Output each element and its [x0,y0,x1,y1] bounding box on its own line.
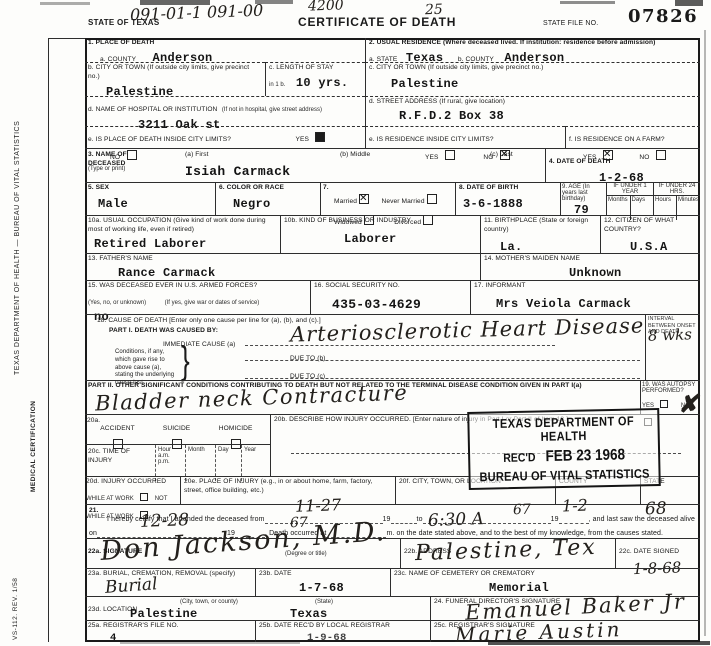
cemetery-value: Memorial [489,581,697,595]
month-label: Month [188,447,218,453]
location-state-sub-label: (State) [315,599,333,605]
social-security-label: 16. SOCIAL SECURITY NO. [314,282,467,291]
date-recd-label: 25b. DATE REC'D BY LOCAL REGISTRAR [259,622,427,631]
business-industry-value: Laborer [344,232,477,246]
length-of-stay-label: c. LENGTH OF STAY [269,64,362,73]
date-of-birth-value: 3-6-1888 [463,197,557,211]
field-burial-type: 23a. BURIAL, CREMATION, REMOVAL (specify… [85,568,255,596]
field-age: 9. AGE (In years last birthday) 79 [560,182,606,215]
part2-label: PART II. OTHER SIGNIFICANT CONDITIONS CO… [88,382,637,391]
field-business-industry: 10b. KIND OF BUSINESS OR INDUSTRY Labore… [280,215,480,253]
date-recd-value: 1-9-68 [307,632,427,644]
no-label: NO [681,403,690,409]
scan-artifact [140,0,210,5]
form-code-vertical-label: VS-112. REV. 1/58 [12,552,19,640]
field-residence-farm: f. IS RESIDENCE ON A FARM? YES NO [565,126,700,148]
usual-residence-label: 2. USUAL RESIDENCE (Where deceased lived… [369,39,697,48]
certify-19-c: 19 [227,530,235,537]
stamp-agency-line: TEXAS DEPARTMENT OF HEALTH [469,414,658,446]
registrar-signature-label: 25c. REGISTRAR'S SIGNATURE [434,622,697,631]
field-certification: 21. I hereby certify that I attended the… [85,504,700,538]
armed-forces-sub1: (Yes, no, or unknown) [88,300,146,306]
part1-label: PART I. DEATH WAS CAUSED BY: [109,327,218,336]
field-registrar-signature: 25c. REGISTRAR'S SIGNATURE [430,620,700,642]
field-if-under-1-year: IF UNDER 1 YEAR Months Days [606,182,653,215]
field-20c-time-of-injury: 20c. TIME OF INJURY Hour a.m. p.m. Month… [85,444,270,476]
cause-of-death-label: 18. CAUSE OF DEATH [Enter only one cause… [97,317,321,326]
scan-artifact [255,0,293,4]
field-20a-manner: 20a. ACCIDENT SUICIDE HOMICIDE [85,414,270,444]
field-citizen: 12. CITIZEN OF WHAT COUNTRY? U.S.A [600,215,700,253]
field-length-of-stay: c. LENGTH OF STAY in 1 b. 10 yrs. [265,62,365,96]
field-20e-place-of-injury: 20e. PLACE OF INJURY (e.g., in or about … [180,476,395,504]
certificate-title: CERTIFICATE OF DEATH [298,15,456,29]
scan-artifact [560,1,615,4]
location-city-value: Palestine [130,607,198,621]
registrar-file-label: 25a. REGISTRAR'S FILE NO. [88,622,252,631]
field-mothers-maiden-name: 14. MOTHER'S MAIDEN NAME Unknown [480,253,700,280]
time-of-injury-label: 20c. TIME OF INJURY [88,448,143,465]
due-to-b-line [245,360,640,361]
checkbox-autopsy-yes [660,400,668,408]
field-hospital: d. NAME OF HOSPITAL OR INSTITUTION (If n… [85,96,365,126]
armed-forces-label: 15. WAS DECEASED EVER IN U.S. ARMED FORC… [88,282,307,291]
fathers-name-label: 13. FATHER'S NAME [88,255,477,264]
field-name-of-deceased: 3. NAME OF DECEASED (Type or print) (a) … [85,148,545,182]
residence-city-limits-label: e. IS RESIDENCE INSIDE CITY LIMITS? [369,136,494,143]
birthplace-label: 11. BIRTHPLACE (State or foreign country… [484,217,597,234]
due-to-c-line [245,378,640,379]
degree-or-title-label: (Degree or title) [285,551,327,557]
handwritten-number-top: 4200 [308,0,344,14]
field-residence-city: c. CITY OR TOWN (If outside city limits,… [365,62,700,96]
last-name-label: (c) Last [490,151,513,160]
armed-forces-sub2: (If yes, give war or dates of service) [165,300,260,306]
injury-occurred-label: 20d. INJURY OCCURRED [86,478,179,487]
length-of-stay-sub: in 1 b. [269,82,285,88]
field-informant: 17. INFORMANT Mrs Veiola Carmack [470,280,700,314]
business-industry-label: 10b. KIND OF BUSINESS OR INDUSTRY [284,217,477,226]
field-date-signed: 22c. DATE SIGNED 1-8-68 [615,538,700,568]
field-20d-injury-occurred: 20d. INJURY OCCURRED WHILE AT WORK NOT W… [85,476,180,504]
sex-label: 5. SEX [88,184,212,193]
form-left-edge [48,38,49,642]
agency-vertical-label: TEXAS DEPARTMENT OF HEALTH — BUREAU OF V… [14,90,21,375]
signature-label: 22a. SIGNATURE [88,548,142,555]
homicide-label: HOMICIDE [219,425,253,432]
usual-occupation-label: 10a. USUAL OCCUPATION (Give kind of work… [88,217,277,234]
fathers-name-value: Rance Carmack [118,266,477,280]
length-of-stay-value: 10 yrs. [296,76,349,90]
received-stamp: TEXAS DEPARTMENT OF HEALTH REC'DFEB 23 1… [467,408,661,490]
medical-certification-vertical-label: MEDICAL CERTIFICATION [30,372,37,492]
yes-label: YES [295,136,309,143]
burial-date-value: 1-7-68 [299,581,387,595]
field-place-of-death: 1. PLACE OF DEATH a. COUNTY Anderson [85,38,365,62]
field-marital-status: 7. Married Never Married Widowed Divorce… [320,182,455,215]
cemetery-label: 23c. NAME OF CEMETERY OR CREMATORY [394,570,697,579]
field-birthplace: 11. BIRTHPLACE (State or foreign country… [480,215,600,253]
suicide-label: SUICIDE [163,425,190,432]
field-date-recd-registrar: 25b. DATE REC'D BY LOCAL REGISTRAR 1-9-6… [255,620,430,642]
field-usual-residence: 2. USUAL RESIDENCE (Where deceased lived… [365,38,700,62]
field-street-address: d. STREET ADDRESS (If rural, give locati… [365,96,700,126]
scan-artifact [704,30,706,636]
married-label: Married [334,198,357,205]
field-color-or-race: 6. COLOR OR RACE Negro [215,182,320,215]
manner-number-label: 20a. [87,417,100,426]
date-of-death-label: 4. DATE OF DEATH [549,158,610,165]
field-fathers-name: 13. FATHER'S NAME Rance Carmack [85,253,480,280]
stamp-recd-label: REC'D [503,451,536,465]
state-file-number: 07826 [628,6,698,27]
field-cemetery: 23c. NAME OF CEMETERY OR CREMATORY Memor… [390,568,700,596]
hospital-sub-label: (If not in hospital, give street address… [222,107,322,113]
social-security-value: 435-03-4629 [332,297,467,312]
date-of-birth-label: 8. DATE OF BIRTH [459,184,557,193]
death-certificate-scan: STATE OF TEXAS 091-01-1 091-00 4200 25 C… [0,0,711,646]
certify-number-label: 21. [89,507,98,516]
pm-label: p.m. [158,459,188,465]
scan-artifact [40,2,90,5]
residence-farm-label: f. IS RESIDENCE ON A FARM? [569,136,665,143]
field-burial-date: 23b. DATE 1-7-68 [255,568,390,596]
field-cause-of-death: 18. CAUSE OF DEATH [Enter only one cause… [85,314,700,380]
certify-text-1: I hereby certify that I attended the dec… [107,516,265,523]
checkbox-married [359,194,369,204]
field-date-of-birth: 8. DATE OF BIRTH 3-6-1888 [455,182,560,215]
location-state-value: Texas [290,607,328,621]
type-or-print-label: (Type or print) [88,166,125,172]
checkbox-while-at-work [140,493,148,501]
field-sex: 5. SEX Male [85,182,215,215]
registrar-file-value: 4 [110,632,252,644]
date-signed-label: 22c. DATE SIGNED [619,548,679,555]
field-part2-conditions: PART II. OTHER SIGNIFICANT CONDITIONS CO… [85,380,640,414]
year-label: Year [244,447,272,453]
autopsy-label: 19. WAS AUTOPSY PERFORMED? [642,382,699,394]
field-social-security: 16. SOCIAL SECURITY NO. 435-03-4629 [310,280,470,314]
checkbox-place-limits-yes [315,132,325,142]
field-place-city-limits: e. IS PLACE OF DEATH INSIDE CITY LIMITS?… [85,126,365,148]
field-registrar-file-no: 25a. REGISTRAR'S FILE NO. 4 [85,620,255,642]
stamp-bureau-line: BUREAU OF VITAL STATISTICS [470,467,658,485]
field-physician-signature: 22a. SIGNATURE (Degree or title) [85,538,400,568]
brace-glyph: } [181,337,190,384]
funeral-director-label: 24. FUNERAL DIRECTOR'S SIGNATURE [434,598,697,607]
burial-date-label: 23b. DATE [259,570,387,579]
form-edge-tick [48,38,85,39]
while-at-work-label: WHILE AT WORK [86,496,134,502]
field-if-under-24-hrs: IF UNDER 24 HRS. Hours Minutes [653,182,700,215]
field-usual-occupation: 10a. USUAL OCCUPATION (Give kind of work… [85,215,280,253]
informant-label: 17. INFORMANT [474,282,697,291]
interval-label: INTERVAL BETWEEN ONSET AND DEATH [648,316,698,336]
stamp-date: FEB 23 1968 [545,446,625,465]
burial-label: 23a. BURIAL, CREMATION, REMOVAL (specify… [88,570,252,579]
mothers-maiden-name-label: 14. MOTHER'S MAIDEN NAME [484,255,697,264]
state-file-no-label: STATE FILE NO. [543,20,598,27]
place-of-injury-label: 20e. PLACE OF INJURY (e.g., in or about … [184,478,392,495]
certify-text-2: , and last saw the deceased alive [589,516,695,523]
informant-value: Mrs Veiola Carmack [496,297,697,311]
field-burial-location: 23d. LOCATION (City, town, or county) (S… [85,596,430,620]
color-or-race-value: Negro [233,197,317,211]
sex-value: Male [98,197,212,211]
street-address-label: d. STREET ADDRESS (If rural, give locati… [369,98,697,107]
citizen-label: 12. CITIZEN OF WHAT COUNTRY? [604,217,697,234]
under-24-hrs-label: IF UNDER 24 HRS. [654,183,700,196]
place-of-death-label: 1. PLACE OF DEATH [88,39,362,48]
field-physician-address: 22b. ADDRESS [400,538,615,568]
place-city-label: b. CITY OR TOWN (If outside city limits,… [88,64,262,81]
mothers-maiden-name-value: Unknown [569,266,697,280]
residence-city-value: Palestine [391,77,697,91]
certify-on-label: on [89,530,97,537]
state-of-texas-label: STATE OF TEXAS [88,18,159,27]
color-or-race-label: 6. COLOR OR RACE [219,184,317,193]
never-married-label: Never Married [382,198,425,205]
certify-19-a: 19 [383,516,391,523]
first-name-label: (a) First [185,151,209,160]
street-address-value: R.F.D.2 Box 38 [399,109,697,123]
middle-name-label: (b) Middle [340,151,370,160]
immediate-cause-line [245,345,555,346]
place-city-limits-label: e. IS PLACE OF DEATH INSIDE CITY LIMITS? [88,136,231,143]
certify-19-b: 19 [551,516,559,523]
location-city-sub-label: (City, town, or county) [180,599,238,605]
usual-occupation-value: Retired Laborer [94,237,277,251]
field-date-of-death: 4. DATE OF DEATH 1-2-68 [545,148,700,182]
field-funeral-director: 24. FUNERAL DIRECTOR'S SIGNATURE [430,596,700,620]
field-armed-forces: 15. WAS DECEASED EVER IN U.S. ARMED FORC… [85,280,310,314]
deceased-name-value: Isiah Carmack [185,164,290,179]
checkbox-never-married [427,194,437,204]
certify-text-3: m. on the date stated above, and to the … [386,530,663,537]
interval-column-divider [645,314,646,380]
under-1-year-label: IF UNDER 1 YEAR [607,183,653,196]
hospital-label: d. NAME OF HOSPITAL OR INSTITUTION [88,106,217,113]
residence-city-label: c. CITY OR TOWN (If outside city limits,… [369,64,697,73]
marital-number-label: 7. [323,184,329,193]
address-label: 22b. ADDRESS [404,548,451,555]
age-label: 9. AGE (In years last birthday) [562,184,605,202]
certify-death-occurred-label: . Death occurred at [265,530,326,537]
accident-label: ACCIDENT [100,425,135,432]
field-place-city: b. CITY OR TOWN (If outside city limits,… [85,62,265,96]
field-residence-city-limits: e. IS RESIDENCE INSIDE CITY LIMITS? YES … [365,126,565,148]
